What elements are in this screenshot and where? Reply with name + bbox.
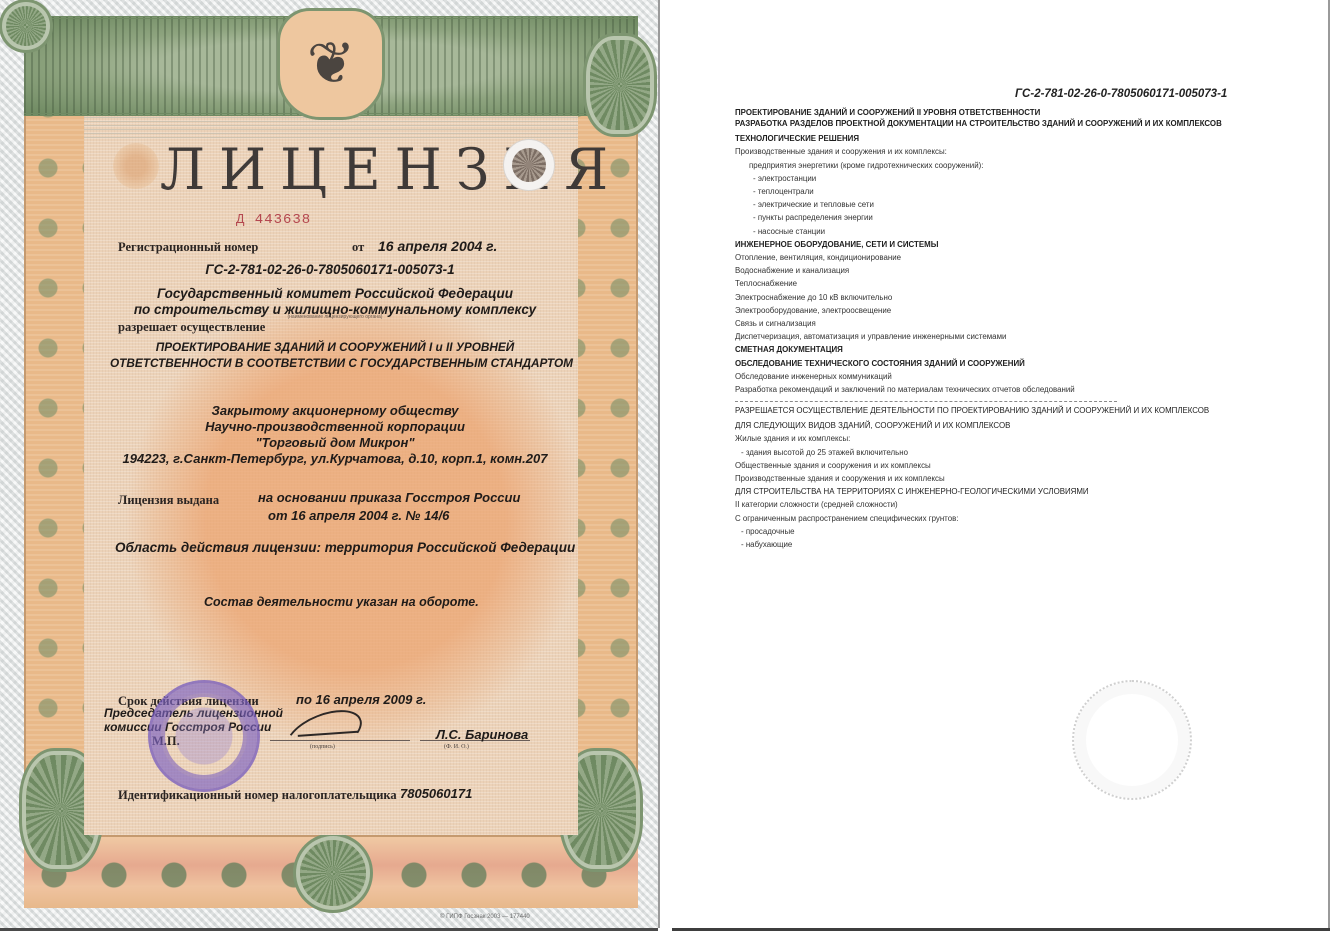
licensee-line-3: "Торговый дом Микрон"	[110, 435, 560, 451]
corner-rosette-icon	[590, 40, 650, 130]
list-item: Отопление, вентиляция, кондиционирование	[735, 251, 1235, 264]
license-area: Область действия лицензии: территория Ро…	[115, 540, 575, 555]
registration-label: Регистрационный номер	[118, 240, 258, 255]
watermark-seal-icon	[113, 143, 159, 189]
licensee-address: 194223, г.Санкт-Петербург, ул.Курчатова,…	[110, 451, 560, 467]
document-title: ЛИЦЕНЗИЯ	[160, 136, 500, 202]
signature-caption: (подпись)	[310, 744, 335, 750]
list-item: предприятия энергетики (кроме гидротехни…	[735, 159, 1235, 172]
list-item: - пункты распределения энергии	[735, 211, 1235, 224]
list-item: - набухающие	[735, 538, 1235, 551]
double-headed-eagle-icon: ❦	[300, 20, 362, 106]
list-item: - электрические и тепловые сети	[735, 198, 1235, 211]
list-item: - здания высотой до 25 этажей включитель…	[735, 446, 1235, 459]
activity-list: ПРОЕКТИРОВАНИЕ ЗДАНИЙ И СООРУЖЕНИЙ II УР…	[735, 106, 1235, 551]
issued-basis: на основании приказа Госстроя России	[258, 490, 520, 506]
licensed-activity: ПРОЕКТИРОВАНИЕ ЗДАНИЙ И СООРУЖЕНИЙ I и I…	[110, 339, 560, 371]
list-item: - электростанции	[735, 172, 1235, 185]
bottom-rosette-icon	[300, 840, 366, 906]
authority-caption: (наименование лицензирующего органа)	[270, 314, 400, 320]
list-item: РАЗРЕШАЕТСЯ ОСУЩЕСТВЛЕНИЕ ДЕЯТЕЛЬНОСТИ П…	[735, 406, 1235, 416]
issued-label: Лицензия выдана	[118, 493, 219, 508]
inn-value: 7805060171	[400, 786, 472, 801]
serial-number: Д 443638	[236, 212, 311, 228]
list-item: Производственные здания и сооружения и и…	[735, 472, 1235, 485]
signer-name: Л.С. Баринова	[436, 727, 528, 742]
activity-line-2: ОТВЕТСТВЕННОСТИ В СООТВЕТСТВИИ С ГОСУДАР…	[110, 355, 560, 371]
validity-date: по 16 апреля 2009 г.	[296, 692, 426, 707]
licensee-line-2: Научно-производственной корпорации	[110, 419, 560, 435]
list-item: С ограниченным распространением специфич…	[735, 512, 1235, 525]
list-item: ДЛЯ СТРОИТЕЛЬСТВА НА ТЕРРИТОРИЯХ С ИНЖЕН…	[735, 485, 1235, 498]
list-item: Электрооборудование, электроосвещение	[735, 304, 1235, 317]
list-item: Связь и сигнализация	[735, 317, 1235, 330]
list-item: Жилые здания и их комплексы:	[735, 432, 1235, 445]
list-item: Диспетчеризация, автоматизация и управле…	[735, 330, 1235, 343]
inn-label: Идентификационный номер налогоплательщик…	[118, 788, 397, 803]
list-item: Водоснабжение и канализация	[735, 264, 1235, 277]
list-item: Разработка рекомендаций и заключений по …	[735, 383, 1235, 396]
separator-line	[735, 401, 1117, 402]
corner-rosette-icon	[6, 6, 46, 46]
back-registration-number: ГС-2-781-02-26-0-7805060171-005073-1	[1015, 88, 1227, 100]
printer-mark: © ГИПФ Госзнак 2003 — 177440	[440, 914, 530, 920]
faded-seal-icon	[1072, 680, 1192, 800]
section-heading: ТЕХНОЛОГИЧЕСКИЕ РЕШЕНИЯ	[735, 132, 1235, 145]
license-front-page: ❦ ЛИЦЕНЗИЯ Д 443638 Регистрационный номе…	[0, 0, 660, 928]
official-seal-icon	[148, 680, 260, 792]
registration-date: 16 апреля 2004 г.	[378, 238, 497, 254]
section-heading: СМЕТНАЯ ДОКУМЕНТАЦИЯ	[735, 343, 1235, 356]
licensee-block: Закрытому акционерному обществу Научно-п…	[110, 403, 560, 467]
section-heading: ОБСЛЕДОВАНИЕ ТЕХНИЧЕСКОГО СОСТОЯНИЯ ЗДАН…	[735, 357, 1235, 370]
list-item: - насосные станции	[735, 225, 1235, 238]
list-item: Общественные здания и сооружения и их ко…	[735, 459, 1235, 472]
section-heading: РАЗРАБОТКА РАЗДЕЛОВ ПРОЕКТНОЙ ДОКУМЕНТАЦ…	[735, 119, 1235, 129]
name-caption: (Ф. И. О.)	[444, 744, 469, 750]
permits-label: разрешает осуществление	[118, 320, 265, 335]
licensee-line-1: Закрытому акционерному обществу	[110, 403, 560, 419]
issued-order: от 16 апреля 2004 г. № 14/6	[268, 508, 449, 523]
registration-from-label: от	[352, 240, 364, 255]
authority-line-1: Государственный комитет Российской Федер…	[110, 286, 560, 302]
registration-number: ГС-2-781-02-26-0-7805060171-005073-1	[130, 262, 530, 277]
list-item: Производственные здания и сооружения и и…	[735, 145, 1235, 158]
list-item: Теплоснабжение	[735, 277, 1235, 290]
list-item: II категории сложности (средней сложност…	[735, 498, 1235, 511]
list-item: - теплоцентрали	[735, 185, 1235, 198]
list-item: ДЛЯ СЛЕДУЮЩИХ ВИДОВ ЗДАНИЙ, СООРУЖЕНИЙ И…	[735, 419, 1235, 432]
list-item: Электроснабжение до 10 кВ включительно	[735, 291, 1235, 304]
section-heading: ИНЖЕНЕРНОЕ ОБОРУДОВАНИЕ, СЕТИ И СИСТЕМЫ	[735, 238, 1235, 251]
activity-line-1: ПРОЕКТИРОВАНИЕ ЗДАНИЙ И СООРУЖЕНИЙ I и I…	[110, 339, 560, 355]
scope-note: Состав деятельности указан на обороте.	[204, 595, 479, 609]
hologram-rosette-icon	[503, 139, 555, 191]
section-heading: ПРОЕКТИРОВАНИЕ ЗДАНИЙ И СООРУЖЕНИЙ II УР…	[735, 106, 1235, 119]
list-item: - просадочные	[735, 525, 1235, 538]
list-item: Обследование инженерных коммуникаций	[735, 370, 1235, 383]
